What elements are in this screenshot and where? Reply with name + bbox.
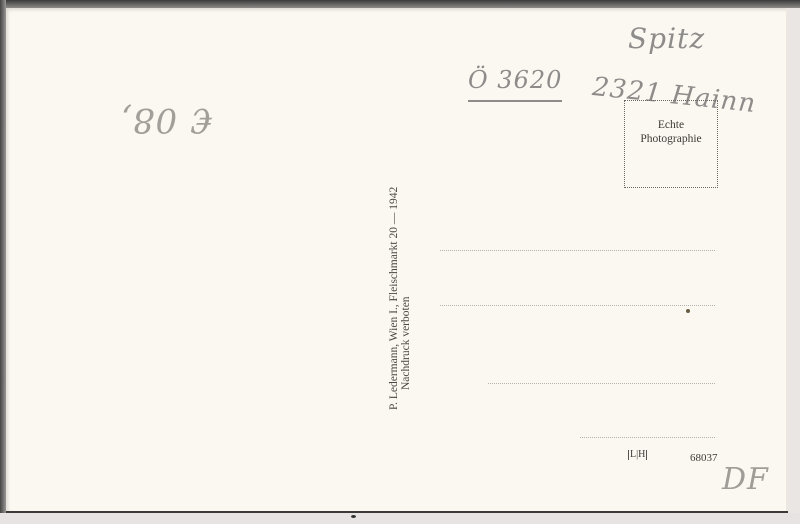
publisher-address: P. Ledermann, Wien I., Fleischmarkt 20 —… [388, 187, 400, 410]
stamp-box-label-2: Photographie [625, 132, 717, 146]
scanner-edge-top [0, 0, 800, 8]
address-line-1 [440, 250, 715, 251]
handwritten-catalog-number: Ö 3620 [468, 66, 562, 102]
handwritten-initials: DF [722, 462, 769, 497]
scanner-bed [0, 513, 800, 524]
publisher-logo-icon: L|H [628, 450, 647, 460]
handwritten-price-note: € 08, [120, 100, 212, 140]
address-line-4 [580, 437, 715, 438]
address-line-2 [440, 305, 715, 306]
address-line-3 [488, 383, 715, 384]
foxing-spot [351, 515, 356, 518]
reprint-notice: Nachdruck verboten [400, 187, 412, 410]
foxing-spot [686, 309, 690, 313]
card-edge [786, 8, 788, 511]
publisher-imprint: P. Ledermann, Wien I., Fleischmarkt 20 —… [388, 187, 412, 410]
stamp-box: Echte Photographie [624, 100, 718, 188]
handwritten-place-top: Spitz [628, 22, 705, 55]
serial-number: 68037 [690, 452, 718, 464]
stamp-box-label-1: Echte [625, 118, 717, 132]
